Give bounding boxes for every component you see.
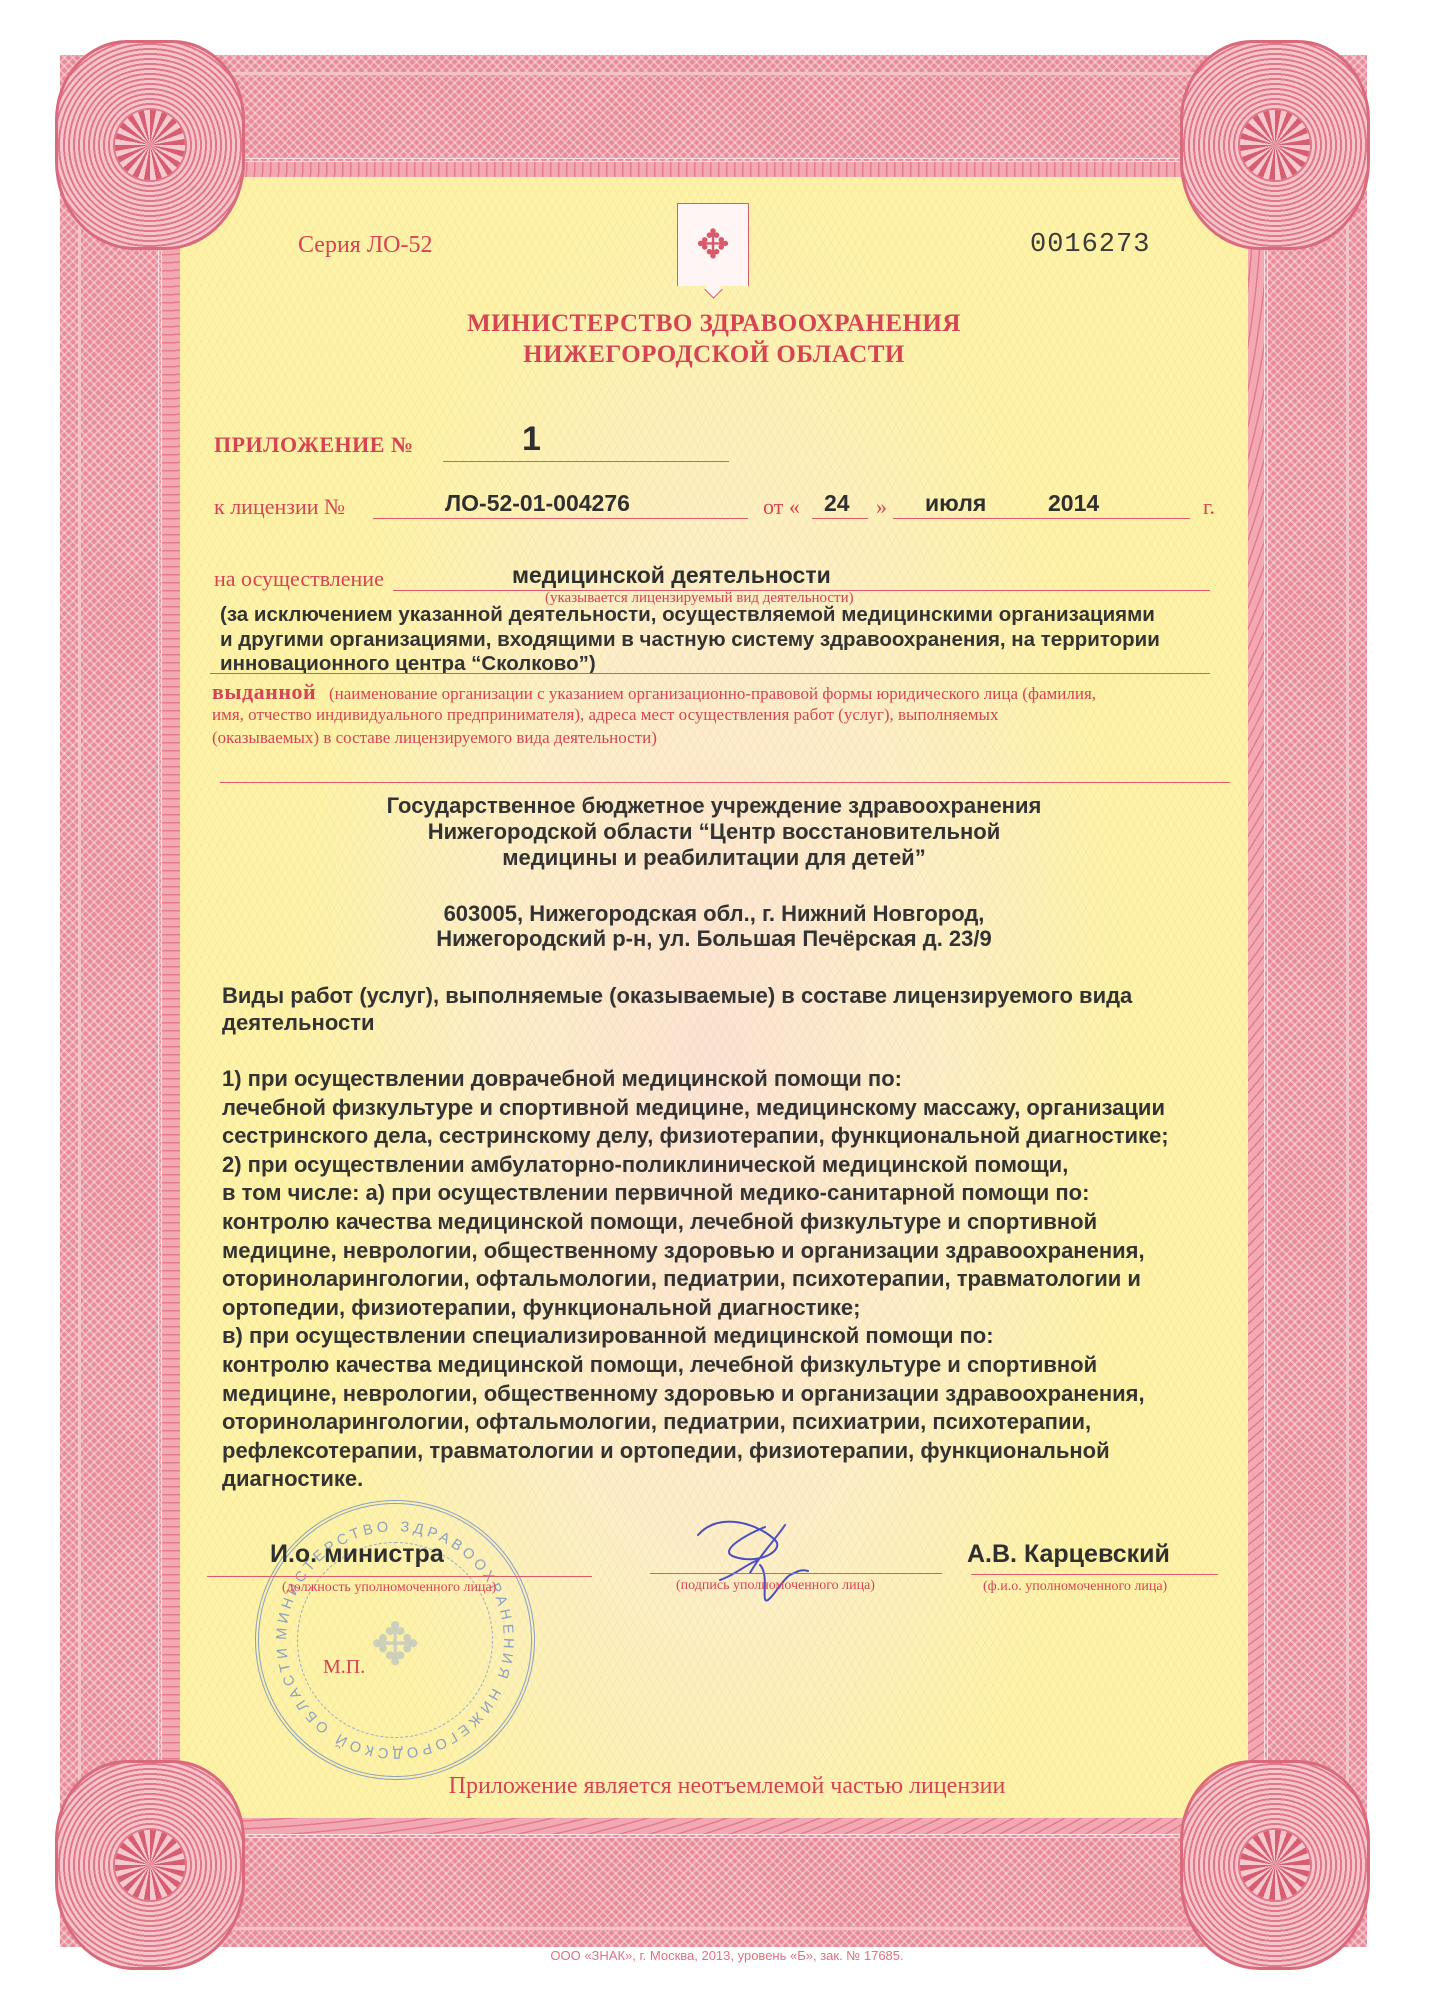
- service-line: в том числе: а) при осуществлении первич…: [222, 1180, 1089, 1206]
- service-line: медицине, неврологии, общественному здор…: [222, 1381, 1145, 1407]
- license-number: ЛО-52-01-004276: [445, 490, 630, 517]
- service-line: диагностике.: [222, 1466, 363, 1492]
- eagle-icon: ✥: [691, 216, 735, 274]
- service-line: 1) при осуществлении доврачебной медицин…: [222, 1066, 902, 1092]
- position-underline: [207, 1576, 592, 1577]
- exclusion-underline: [210, 673, 1210, 674]
- services-heading: Виды работ (услуг), выполняемые (оказыва…: [222, 983, 1132, 1009]
- organization-name-line: медицины и реабилитации для детей”: [180, 845, 1248, 871]
- exclusion-line: и другими организациями, входящими в час…: [220, 628, 1160, 652]
- issued-description-line: выданной (наименование организации с ука…: [212, 679, 1096, 705]
- handwritten-signature: [690, 1505, 830, 1615]
- service-line: контролю качества медицинской помощи, ле…: [222, 1352, 1097, 1378]
- license-underline: [373, 518, 748, 519]
- service-line: медицине, неврологии, общественному здор…: [222, 1238, 1145, 1264]
- service-line: рефлексотерапии, травматологии и ортопед…: [222, 1438, 1110, 1464]
- signatory-position: И.о. министра: [270, 1540, 444, 1569]
- issued-description: (наименование организации с указанием ор…: [329, 684, 1096, 703]
- name-caption: (ф.и.о. уполномоченного лица): [983, 1579, 1167, 1595]
- services-heading: деятельности: [222, 1010, 375, 1036]
- organization-address-line: 603005, Нижегородская обл., г. Нижний Но…: [180, 901, 1248, 927]
- service-line: ортопедии, физиотерапии, функциональной …: [222, 1295, 860, 1321]
- service-line: в) при осуществлении специализированной …: [222, 1323, 994, 1349]
- serial-number: 0016273: [1030, 230, 1150, 260]
- service-line: контролю качества медицинской помощи, ле…: [222, 1209, 1097, 1235]
- signature-caption: (подпись уполномоченного лица): [676, 1578, 875, 1594]
- ministry-region: НИЖЕГОРОДСКОЙ ОБЛАСТИ: [180, 341, 1248, 369]
- organization-name-line: Нижегородской области “Центр восстановит…: [180, 819, 1248, 845]
- service-line: оториноларингологии, офтальмологии, педи…: [222, 1266, 1141, 1292]
- service-line: лечебной физкультуре и спортивной медици…: [222, 1095, 1165, 1121]
- issued-label: выданной: [212, 679, 316, 704]
- series-label: Серия ЛО-52: [298, 232, 432, 259]
- corner-rosette-icon: [55, 40, 245, 250]
- organization-address-line: Нижегородский р-н, ул. Большая Печёрская…: [180, 926, 1248, 952]
- service-line: оториноларингологии, офтальмологии, педи…: [222, 1409, 1091, 1435]
- year-suffix: г.: [1203, 494, 1215, 520]
- service-line: 2) при осуществлении амбулаторно-поликли…: [222, 1152, 1068, 1178]
- svg-text:✥: ✥: [371, 1612, 420, 1677]
- signature-underline: [650, 1573, 942, 1574]
- license-year: 2014: [1048, 490, 1099, 517]
- organization-separator: [220, 782, 1230, 783]
- seal-placeholder-label: М.П.: [323, 1656, 365, 1679]
- appendix-note: Приложение является неотъемлемой частью …: [0, 1773, 1454, 1800]
- license-label: к лицензии №: [214, 494, 345, 520]
- license-month: июля: [925, 490, 986, 517]
- position-caption: (должность уполномоченного лица): [282, 1580, 496, 1596]
- printer-imprint: ООО «ЗНАК», г. Москва, 2013, уровень «Б»…: [0, 1948, 1454, 1963]
- issued-description-line: (оказываемых) в составе лицензируемого в…: [212, 728, 657, 748]
- activity-label: на осуществление: [214, 566, 384, 592]
- service-line: сестринского дела, сестринскому делу, фи…: [222, 1123, 1169, 1149]
- ministry-title: МИНИСТЕРСТВО ЗДРАВООХРАНЕНИЯ: [180, 310, 1248, 338]
- issued-description-line: имя, отчество индивидуального предприним…: [212, 705, 998, 725]
- activity-value: медицинской деятельности: [512, 562, 831, 589]
- name-underline: [971, 1574, 1218, 1575]
- date-close-label: »: [876, 494, 887, 520]
- appendix-number: 1: [522, 420, 541, 459]
- license-day: 24: [824, 490, 850, 517]
- appendix-label: ПРИЛОЖЕНИЕ №: [214, 432, 414, 458]
- appendix-underline: [443, 461, 729, 462]
- date-open-label: от «: [763, 494, 800, 520]
- organization-name-line: Государственное бюджетное учреждение здр…: [180, 793, 1248, 819]
- exclusion-line: (за исключением указанной деятельности, …: [220, 603, 1155, 627]
- month-year-underline: [893, 518, 1190, 519]
- corner-rosette-icon: [1180, 40, 1370, 250]
- coat-of-arms-icon: ✥: [677, 203, 749, 286]
- signatory-name: А.В. Карцевский: [967, 1540, 1170, 1569]
- day-underline: [812, 518, 868, 519]
